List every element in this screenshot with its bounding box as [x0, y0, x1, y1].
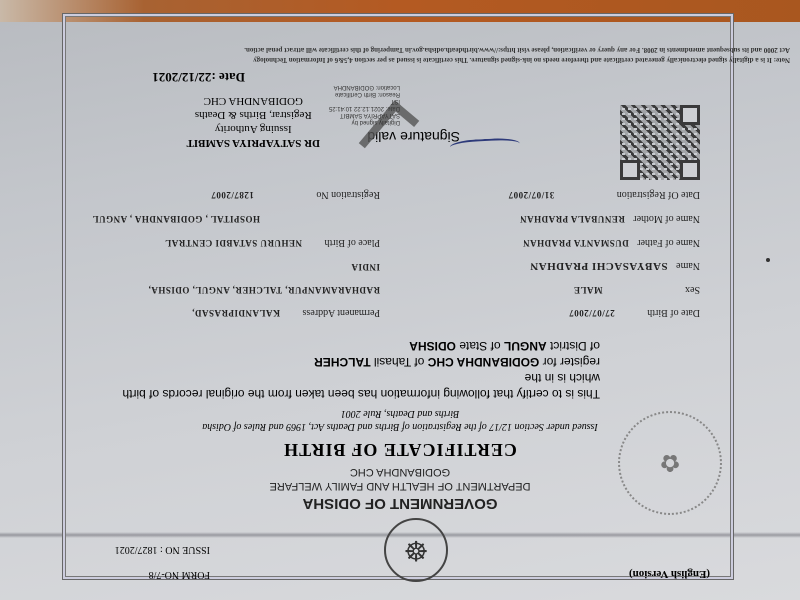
mother-value: RENUBALA PRADHAN — [520, 214, 625, 224]
digital-signature-block: Digitally signed by SATYAPRIYA SAMBIT Da… — [329, 83, 400, 125]
version-label: (English Version) — [629, 568, 710, 580]
mother-label: Name of Mother — [633, 213, 700, 224]
government-name: GOVERNMENT OF ODISHA — [0, 495, 800, 512]
issuing-authority: DR SATYAPRIYA SAMBIT Issuing Authority R… — [187, 94, 320, 150]
district-value: ANGUL — [504, 339, 547, 353]
state-value: ODISHA — [409, 339, 456, 353]
state-label: of State — [459, 339, 500, 353]
birth-certificate: (English Version) FORM NO-7/8 ISSUE NO :… — [0, 22, 800, 600]
issue-date: Date :22/12/2021 — [152, 69, 245, 85]
dob-value: 27/07/2007 — [569, 308, 615, 318]
tahasil-label: of Tahasil — [374, 355, 424, 369]
footer-note: Note: It is a digitally signed electroni… — [150, 45, 790, 65]
certify-statement: This is to certify that following inform… — [120, 338, 600, 402]
reg-date-value: 31/07/2007 — [508, 190, 554, 200]
rule-reference: Births and Deaths, Rule 2001 — [0, 408, 800, 419]
dob-label: Date of Birth — [647, 307, 700, 318]
district-label: of District — [550, 339, 600, 353]
reg-no-value: 1287/2007 — [211, 190, 254, 200]
name-label: Name — [676, 260, 700, 271]
father-label: Name of Father — [637, 237, 700, 248]
issued-under: Issued under Section 12/17 of the Regist… — [0, 421, 800, 432]
issue-number: ISSUE NO : 1827/2021 — [115, 544, 210, 555]
place-label: Place of Birth — [324, 237, 380, 248]
tahasil-value: TALCHER — [314, 355, 370, 369]
qr-code-icon — [620, 105, 700, 180]
place-line2: HOSPITAL , GODIBANDHA , ANGUL — [92, 214, 260, 224]
father-value: DUSMANTA PRADHAN — [523, 238, 629, 248]
register-value: GODIBANDHA CHC — [428, 355, 540, 369]
address-row: Permanent Address KALANDIPRASAD, — [192, 307, 380, 318]
address-line3: INDIA — [351, 262, 380, 272]
hole-dot — [766, 258, 770, 262]
address-label: Permanent Address — [303, 307, 381, 318]
sex-label: Sex — [685, 284, 700, 295]
form-number: FORM NO-7/8 — [149, 569, 210, 580]
department-name: DEPARTMENT OF HEALTH AND FAMILY WELFARE — [0, 480, 800, 492]
name-value: SABYASACHI PRADHAN — [530, 260, 668, 272]
sex-value: MALE — [574, 285, 603, 295]
certify-line: This is to certify that following inform… — [120, 370, 600, 402]
reg-no-label: Registration No — [316, 189, 380, 200]
address-line1: KALANDIPRASAD, — [192, 308, 280, 318]
place-line1: NEHURU SATABDI CENTRAL — [165, 238, 302, 248]
dob-row: Date of Birth 27/07/2007 — [569, 307, 700, 318]
address-line2: RADHARAMANPUR, TALCHER, ANGUL, ODISHA, — [148, 285, 380, 295]
state-emblem-icon: ☸ — [384, 518, 448, 582]
reg-date-label: Date Of Registration — [617, 189, 700, 200]
register-label: register for — [543, 355, 600, 369]
office-name: GODIBANDHA CHC — [0, 466, 800, 478]
certificate-title: CERTIFICATE OF BIRTH — [0, 439, 800, 460]
